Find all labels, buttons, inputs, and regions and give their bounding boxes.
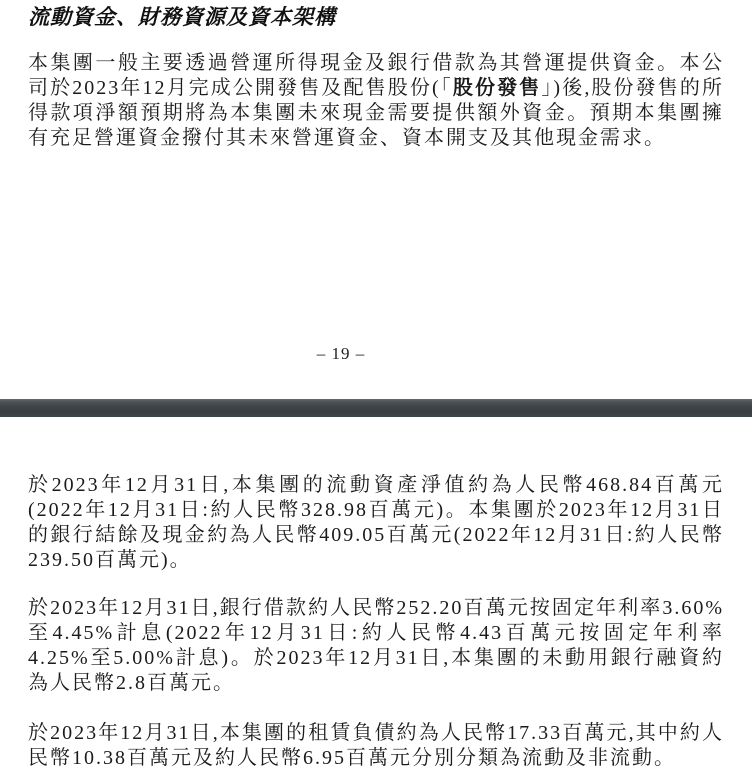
document-view: 流動資金、財務資源及資本架構 本集團一般主要透過營運所得現金及銀行借款為其營運提… bbox=[0, 0, 752, 780]
paragraph-liquidity-overview: 本集團一般主要透過營運所得現金及銀行借款為其營運提供資金。本公司於2023年12… bbox=[28, 51, 724, 151]
page-separator-bar bbox=[0, 399, 752, 417]
paragraph-net-current-assets: 於2023年12月31日,本集團的流動資產淨值約為人民幣468.84百萬元(20… bbox=[28, 473, 724, 573]
section-heading: 流動資金、財務資源及資本架構 bbox=[28, 4, 724, 30]
paragraph-bold-term: 股份發售 bbox=[453, 77, 541, 99]
page-number: – 19 – bbox=[0, 343, 682, 365]
paragraph-bank-borrowings: 於2023年12月31日,銀行借款約人民幣252.20百萬元按固定年利率3.60… bbox=[28, 596, 724, 696]
paragraph-lease-liabilities: 於2023年12月31日,本集團的租賃負債約為人民幣17.33百萬元,其中約人民… bbox=[28, 721, 724, 771]
